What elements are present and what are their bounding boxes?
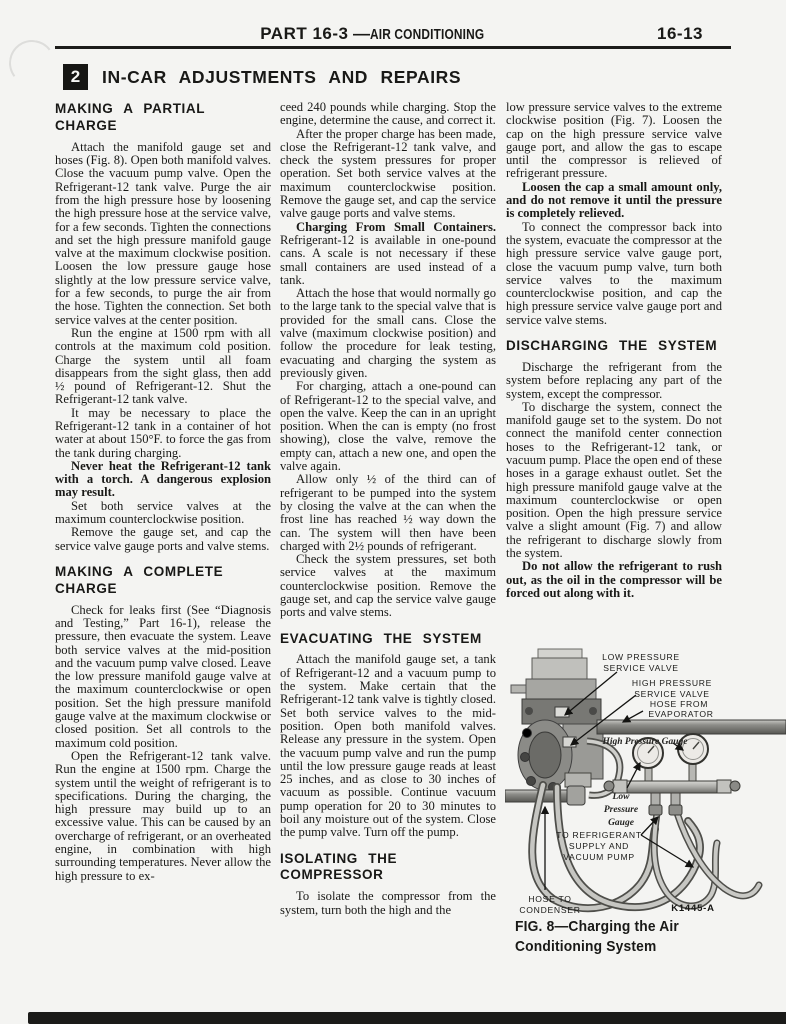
body-paragraph: To discharge the system, connect the man… [506, 401, 722, 561]
body-paragraph: Allow only ½ of the third can of refrige… [280, 473, 496, 553]
body-paragraph: Set both service valves at the maximum c… [55, 500, 271, 527]
evaporator-hose-pipe [597, 720, 786, 734]
high-pressure-valve-label: HIGH PRESSURE [632, 678, 712, 688]
section-heading: DISCHARGING THE SYSTEM [506, 338, 722, 355]
part-number: PART 16-3 [260, 24, 348, 43]
body-paragraph: Attach the manifold gauge set, a tank of… [280, 653, 496, 839]
section-title-row: 2 IN-CAR ADJUSTMENTS AND REPAIRS [63, 64, 461, 90]
hose-to-condenser-label: CONDENSER [519, 905, 580, 915]
body-paragraph: To isolate the compressor from the syste… [280, 890, 496, 917]
to-refrigerant-label: SUPPLY AND [569, 841, 629, 851]
text-column: low pressure service valves to the extre… [506, 101, 722, 646]
hose-to-condenser-label: HOSE TO [528, 894, 571, 904]
section-number-badge: 2 [63, 64, 88, 90]
to-refrigerant-label: VACUUM PUMP [563, 852, 635, 862]
body-paragraph: After the proper charge has been made, c… [280, 128, 496, 221]
body-paragraph: Attach the manifold gauge set and hoses … [55, 141, 271, 327]
body-paragraph: For charging, attach a one-pound can of … [280, 380, 496, 473]
body-paragraph: Discharge the refrigerant from the syste… [506, 361, 722, 401]
body-paragraph: low pressure service valves to the extre… [506, 101, 722, 181]
figure-caption: FIG. 8—Charging the Air Conditioning Sys… [515, 917, 704, 956]
header-rule [55, 46, 731, 49]
high-pressure-valve-label: SERVICE VALVE [634, 689, 710, 699]
warning-paragraph: Do not allow the refrigerant to rush out… [506, 560, 722, 600]
section-heading: ISOLATING THE COMPRESSOR [280, 851, 496, 885]
part-dash: — [353, 24, 371, 43]
body-paragraph: Attach the hose that would normally go t… [280, 287, 496, 380]
low-pressure-valve-label: LOW PRESSURE [602, 652, 680, 662]
body-paragraph: It may be necessary to place the Refrige… [55, 407, 271, 460]
low-pressure-gauge-label: Gauge [608, 818, 635, 828]
body-paragraph: Check for leaks first (See “Diagnosis an… [55, 604, 271, 750]
text-column: MAKING A PARTIAL CHARGEAttach the manifo… [55, 101, 271, 981]
figure-8-illustration: LOW PRESSURE SERVICE VALVE HIGH PRESSURE… [505, 645, 786, 975]
service-hoses [532, 785, 759, 908]
figure-code: K1445-A [671, 903, 715, 914]
body-paragraph: Check the system pressures, set both ser… [280, 553, 496, 619]
scan-edge-artifact [28, 1012, 786, 1024]
running-head: PART 16-3 —AIR CONDITIONING [235, 24, 535, 44]
body-paragraph: Remove the gauge set, and cap the servic… [55, 526, 271, 553]
hose-from-evaporator-label: EVAPORATOR [648, 709, 713, 719]
body-paragraph: Run the engine at 1500 rpm with all cont… [55, 327, 271, 407]
low-pressure-valve-label: SERVICE VALVE [603, 663, 679, 673]
body-paragraph: Charging From Small Containers. Refriger… [280, 221, 496, 287]
body-paragraph: To connect the compressor back into the … [506, 221, 722, 327]
warning-paragraph: Loosen the cap a small amount only, and … [506, 181, 722, 221]
section-heading: EVACUATING THE SYSTEM [280, 631, 496, 648]
hose-from-evaporator-label: HOSE FROM [650, 699, 708, 709]
low-pressure-gauge-label: Pressure [604, 805, 639, 815]
section-heading: MAKING A COMPLETE CHARGE [55, 564, 271, 598]
text-column: ceed 240 pounds while charging. Stop the… [280, 101, 496, 981]
compressor-illustration [511, 649, 603, 792]
warning-paragraph: Never heat the Refrigerant-12 tank with … [55, 460, 271, 500]
punch-hole-mark [6, 37, 58, 89]
body-paragraph: Open the Refrigerant-12 tank valve. Run … [55, 750, 271, 883]
part-topic: AIR CONDITIONING [370, 27, 484, 43]
charging-system-diagram: LOW PRESSURE SERVICE VALVE HIGH PRESSURE… [505, 645, 786, 917]
manual-page: PART 16-3 —AIR CONDITIONING 16-13 2 IN-C… [0, 0, 786, 1024]
section-title: IN-CAR ADJUSTMENTS AND REPAIRS [102, 67, 461, 88]
run-in-heading: Charging From Small Containers. [296, 220, 496, 234]
section-heading: MAKING A PARTIAL CHARGE [55, 101, 271, 135]
to-refrigerant-label: TO REFRIGERANT [556, 830, 642, 840]
high-pressure-gauge-label: High Pressure Gauge [602, 737, 689, 747]
low-pressure-gauge-label: Low [612, 792, 631, 802]
page-number: 16-13 [657, 24, 703, 44]
body-paragraph: ceed 240 pounds while charging. Stop the… [280, 101, 496, 128]
